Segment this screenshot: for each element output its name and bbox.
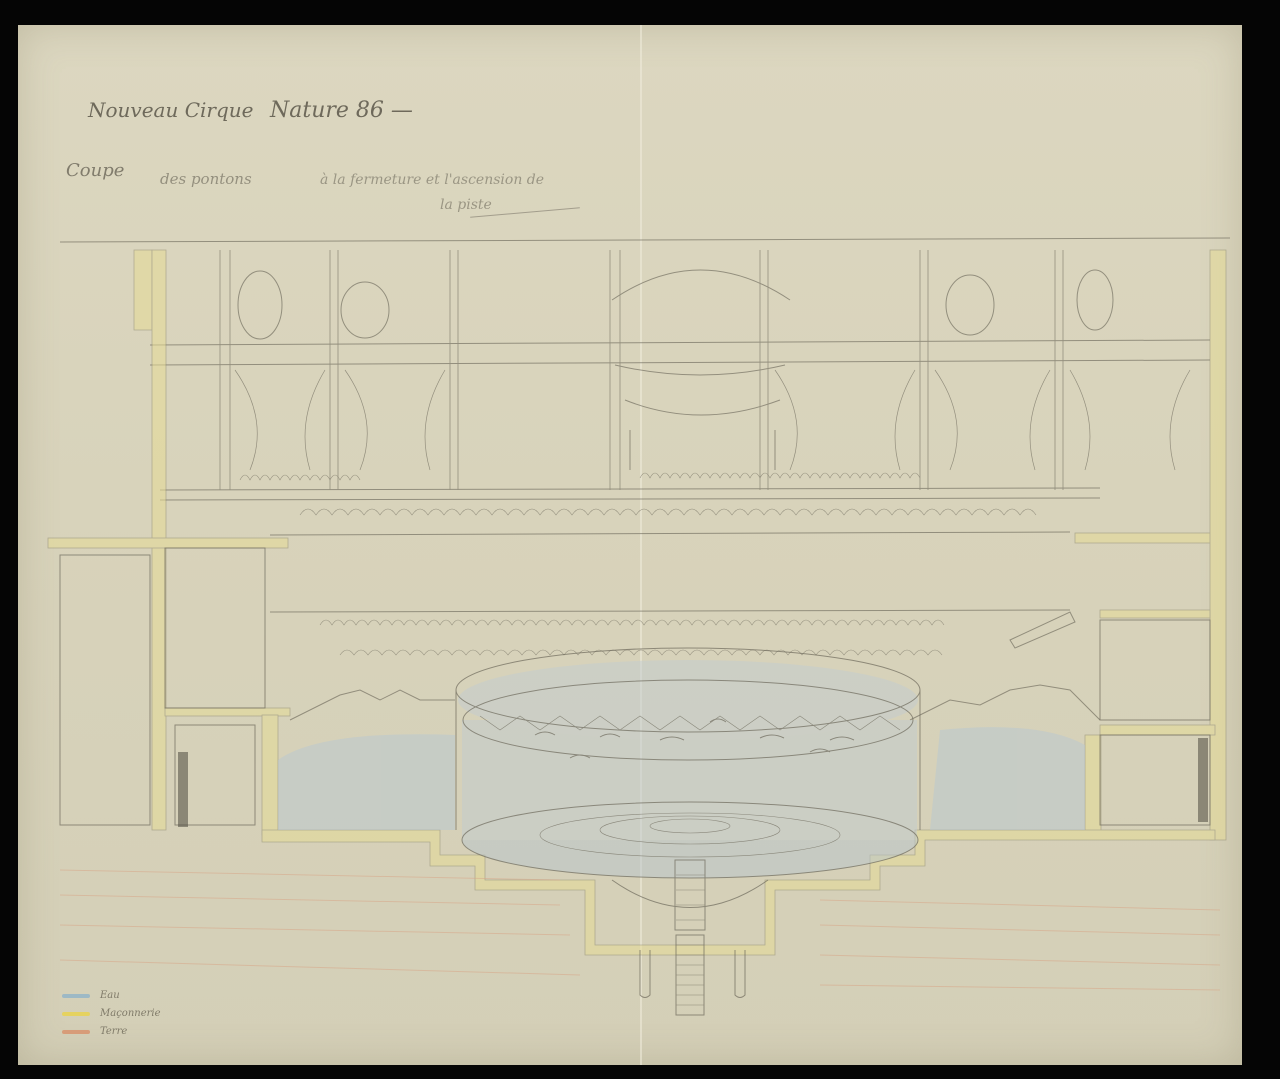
- legend-item-terre: Terre: [62, 1026, 127, 1037]
- section-drawing: [0, 0, 1280, 1079]
- legend-swatch-blue: [62, 994, 90, 998]
- legend-label: Terre: [100, 1026, 127, 1037]
- legend-label: Eau: [100, 990, 120, 1001]
- legend-swatch-orange: [62, 1030, 90, 1034]
- legend-swatch-yellow: [62, 1012, 90, 1016]
- legend-label: Maçonnerie: [100, 1008, 161, 1019]
- legend-item-eau: Eau: [62, 990, 120, 1001]
- legend-item-maconnerie: Maçonnerie: [62, 1008, 161, 1019]
